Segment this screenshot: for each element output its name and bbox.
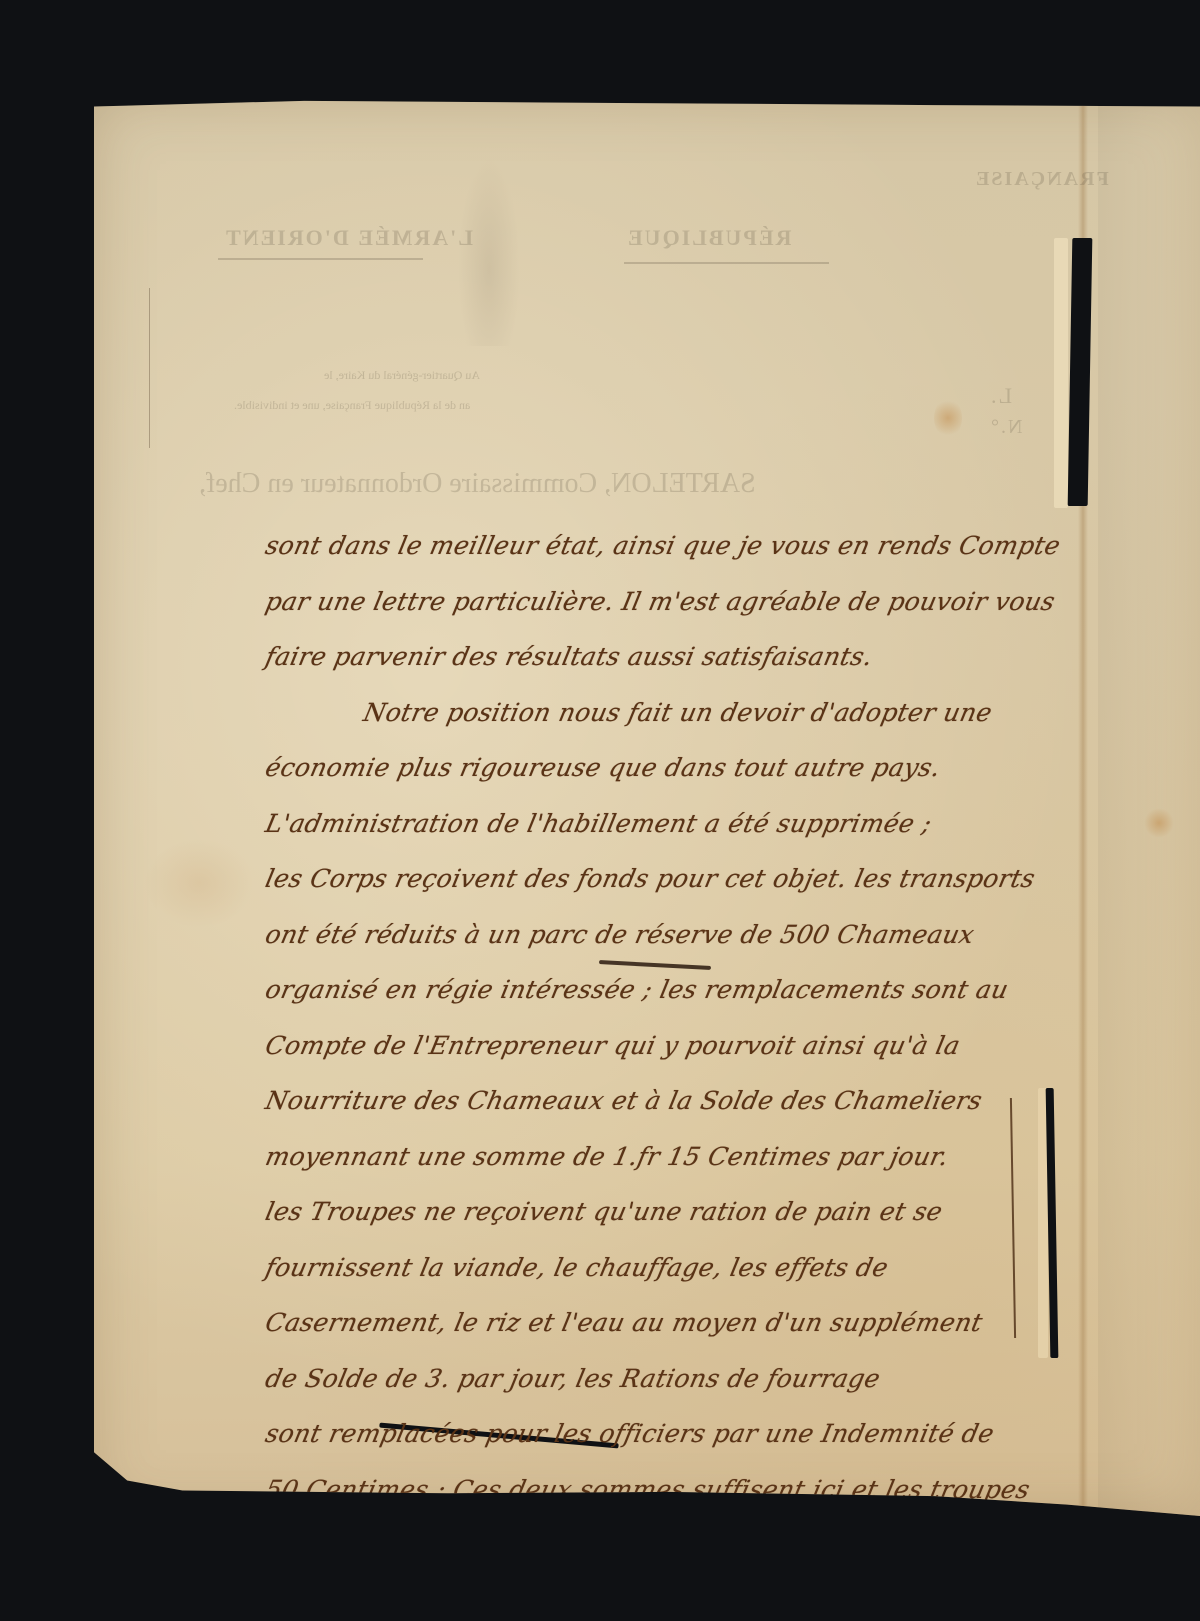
tear-slit-upper (1068, 238, 1093, 506)
letterhead-rule-left (218, 258, 423, 260)
handwritten-body: sont dans le meilleur état, ainsi que je… (260, 518, 1050, 1573)
foxing-stain (934, 398, 962, 438)
handwritten-line: Casernement, le riz et l'eau au moyen d'… (260, 1295, 1062, 1351)
letterhead-ref-2: N.° (989, 416, 1022, 439)
letterhead-rule-center (624, 262, 829, 264)
handwritten-line: faire parvenir des résultats aussi satis… (260, 629, 1062, 685)
letterhead-center-header: RÉPUBLIQUE (626, 225, 791, 251)
handwritten-line: Compte de l'Entrepreneur qui y pourvoit … (260, 1018, 1062, 1074)
manuscript-page: L'ARMÉE D'ORIENT RÉPUBLIQUE FRANÇAISE Au… (94, 98, 1200, 1516)
letterhead-right-header: FRANÇAISE (974, 168, 1109, 191)
handwritten-line: organisé en régie intéressée ; les rempl… (260, 962, 1062, 1018)
handwritten-line: les Troupes ne reçoivent qu'une ration d… (260, 1184, 1062, 1240)
letterhead-left-header: L'ARMÉE D'ORIENT (224, 225, 473, 251)
handwritten-line-paragraph-start: Notre position nous fait un devoir d'ado… (260, 685, 1062, 741)
handwritten-line: sont remplacées pour les officiers par u… (260, 1406, 1062, 1462)
letterhead-signatory: SARTELON, Commissaire Ordonnateur en Che… (199, 468, 756, 500)
letterhead-address-line-2: an de la République Française, une et in… (234, 398, 470, 413)
letterhead-ref-1: L. (989, 383, 1012, 409)
handwritten-line: par une lettre particulière. Il m'est ag… (260, 574, 1062, 630)
handwritten-line: de Solde de 3. par jour, les Rations de … (260, 1351, 1062, 1407)
foxing-stain (1144, 808, 1174, 838)
handwritten-line: 50 Centimes ; Ces deux sommes suffisent … (260, 1462, 1062, 1518)
handwritten-line: paraissent satisfaites de ce mode d'admi… (260, 1517, 1062, 1573)
letterhead-address-line-1: Au Quartier-général du Kaire, le (324, 368, 480, 383)
letterhead-emblem-bleed (458, 156, 520, 346)
margin-crease (149, 288, 150, 448)
handwritten-line: ont été réduits à un parc de réserve de … (260, 907, 1062, 963)
handwritten-line: les Corps reçoivent des fonds pour cet o… (260, 851, 1062, 907)
facing-page-edge (1098, 98, 1200, 1516)
handwritten-line: fournissent la viande, le chauffage, les… (260, 1240, 1062, 1296)
handwritten-line: économie plus rigoureuse que dans tout a… (260, 740, 1062, 796)
tear-flap-upper (1054, 238, 1068, 508)
handwritten-line: sont dans le meilleur état, ainsi que je… (260, 518, 1062, 574)
handwritten-line: L'administration de l'habillement a été … (260, 796, 1062, 852)
margin-offset-stain (144, 838, 254, 928)
handwritten-line: Nourriture des Chameaux et à la Solde de… (260, 1073, 1062, 1129)
handwritten-line: moyennant une somme de 1.fr 15 Centimes … (260, 1129, 1062, 1185)
